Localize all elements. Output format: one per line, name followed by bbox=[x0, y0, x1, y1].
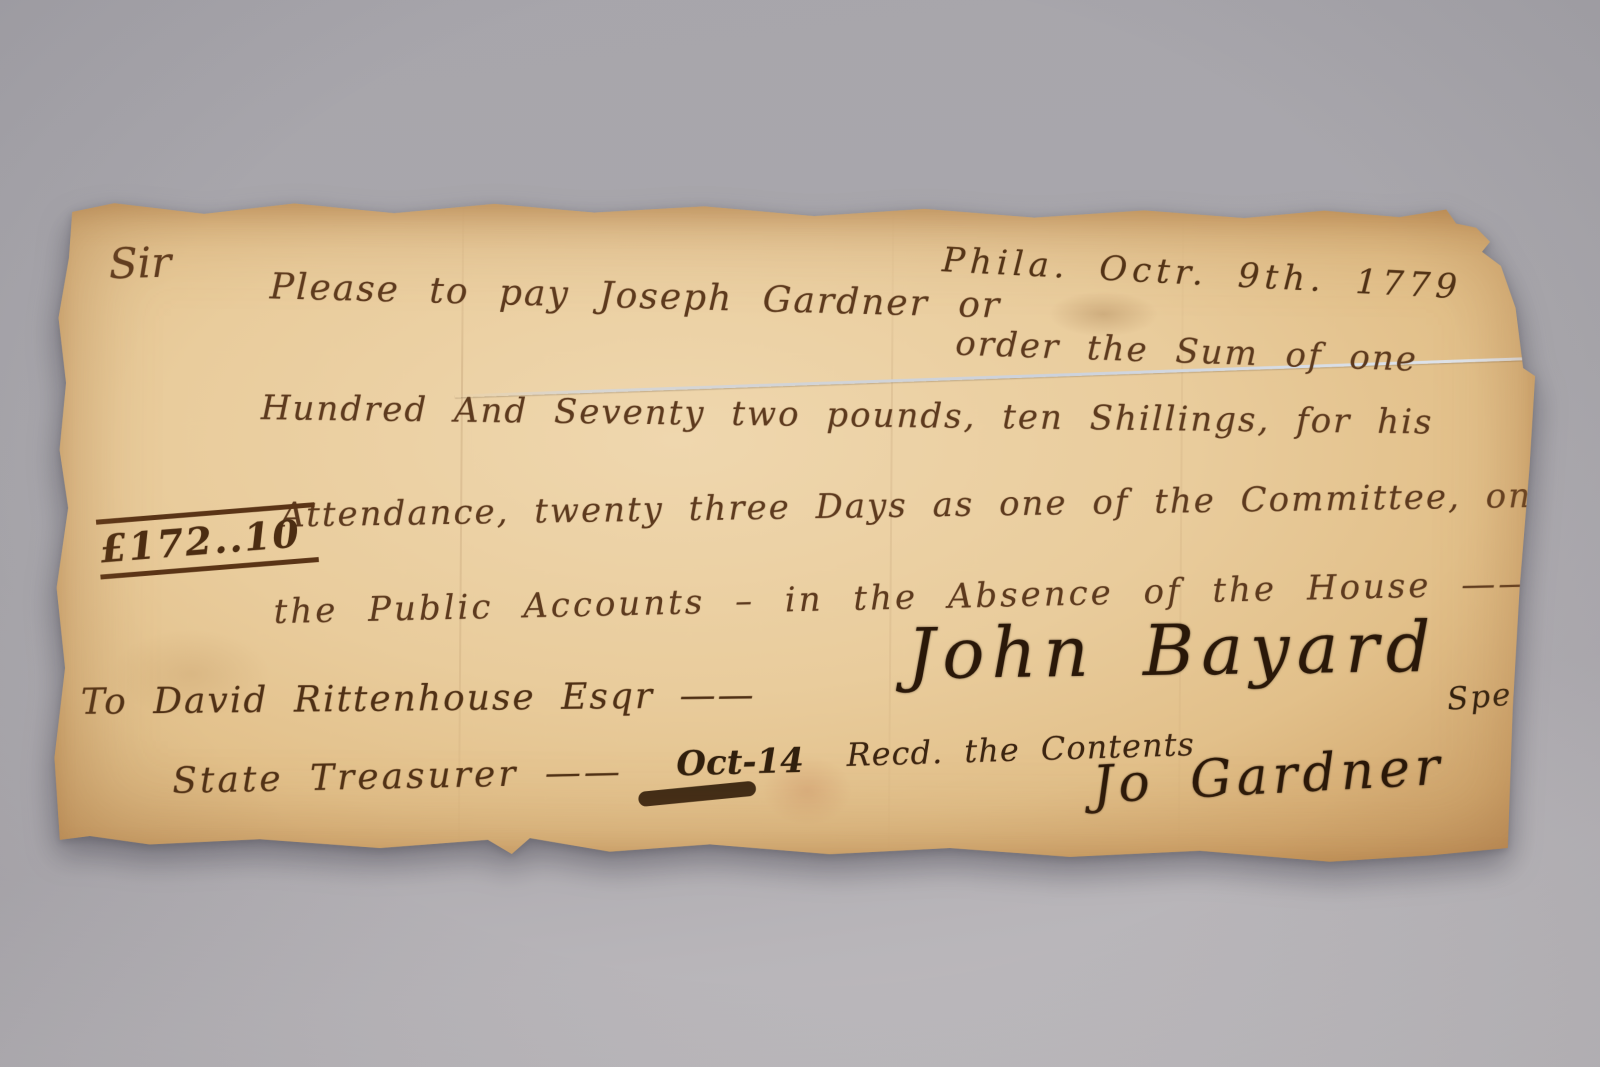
body-line-4: Attendance, twenty three Days as one of … bbox=[280, 476, 1532, 536]
manuscript-paper-shadow: Sir Please to pay Joseph Gardner or Phil… bbox=[50, 198, 1545, 868]
body-line-3: Hundred And Seventy two pounds, ten Shil… bbox=[261, 388, 1434, 442]
ink-blot bbox=[638, 781, 757, 807]
speaker-title-text: Speaker bbox=[1446, 670, 1592, 717]
addressee-line-1: To David Rittenhouse Esqr —— bbox=[81, 675, 756, 723]
manuscript-paper: Sir Please to pay Joseph Gardner or Phil… bbox=[50, 198, 1545, 868]
amount-figure: £172..10 bbox=[96, 502, 319, 579]
addressee-line-2: State Treasurer —— bbox=[172, 752, 623, 802]
body-line-1: Please to pay Joseph Gardner or bbox=[269, 266, 1001, 326]
receipt-date-text: Oct-14 bbox=[676, 741, 805, 785]
dateline-text: Phila. Octr. 9th. 1779 bbox=[941, 240, 1463, 307]
body-line-2: order the Sum of one bbox=[955, 324, 1419, 380]
photograph-background: Sir Please to pay Joseph Gardner or Phil… bbox=[0, 0, 1600, 1067]
salutation-text: Sir bbox=[108, 238, 172, 289]
speaker-signature: John Bayard bbox=[907, 606, 1438, 695]
